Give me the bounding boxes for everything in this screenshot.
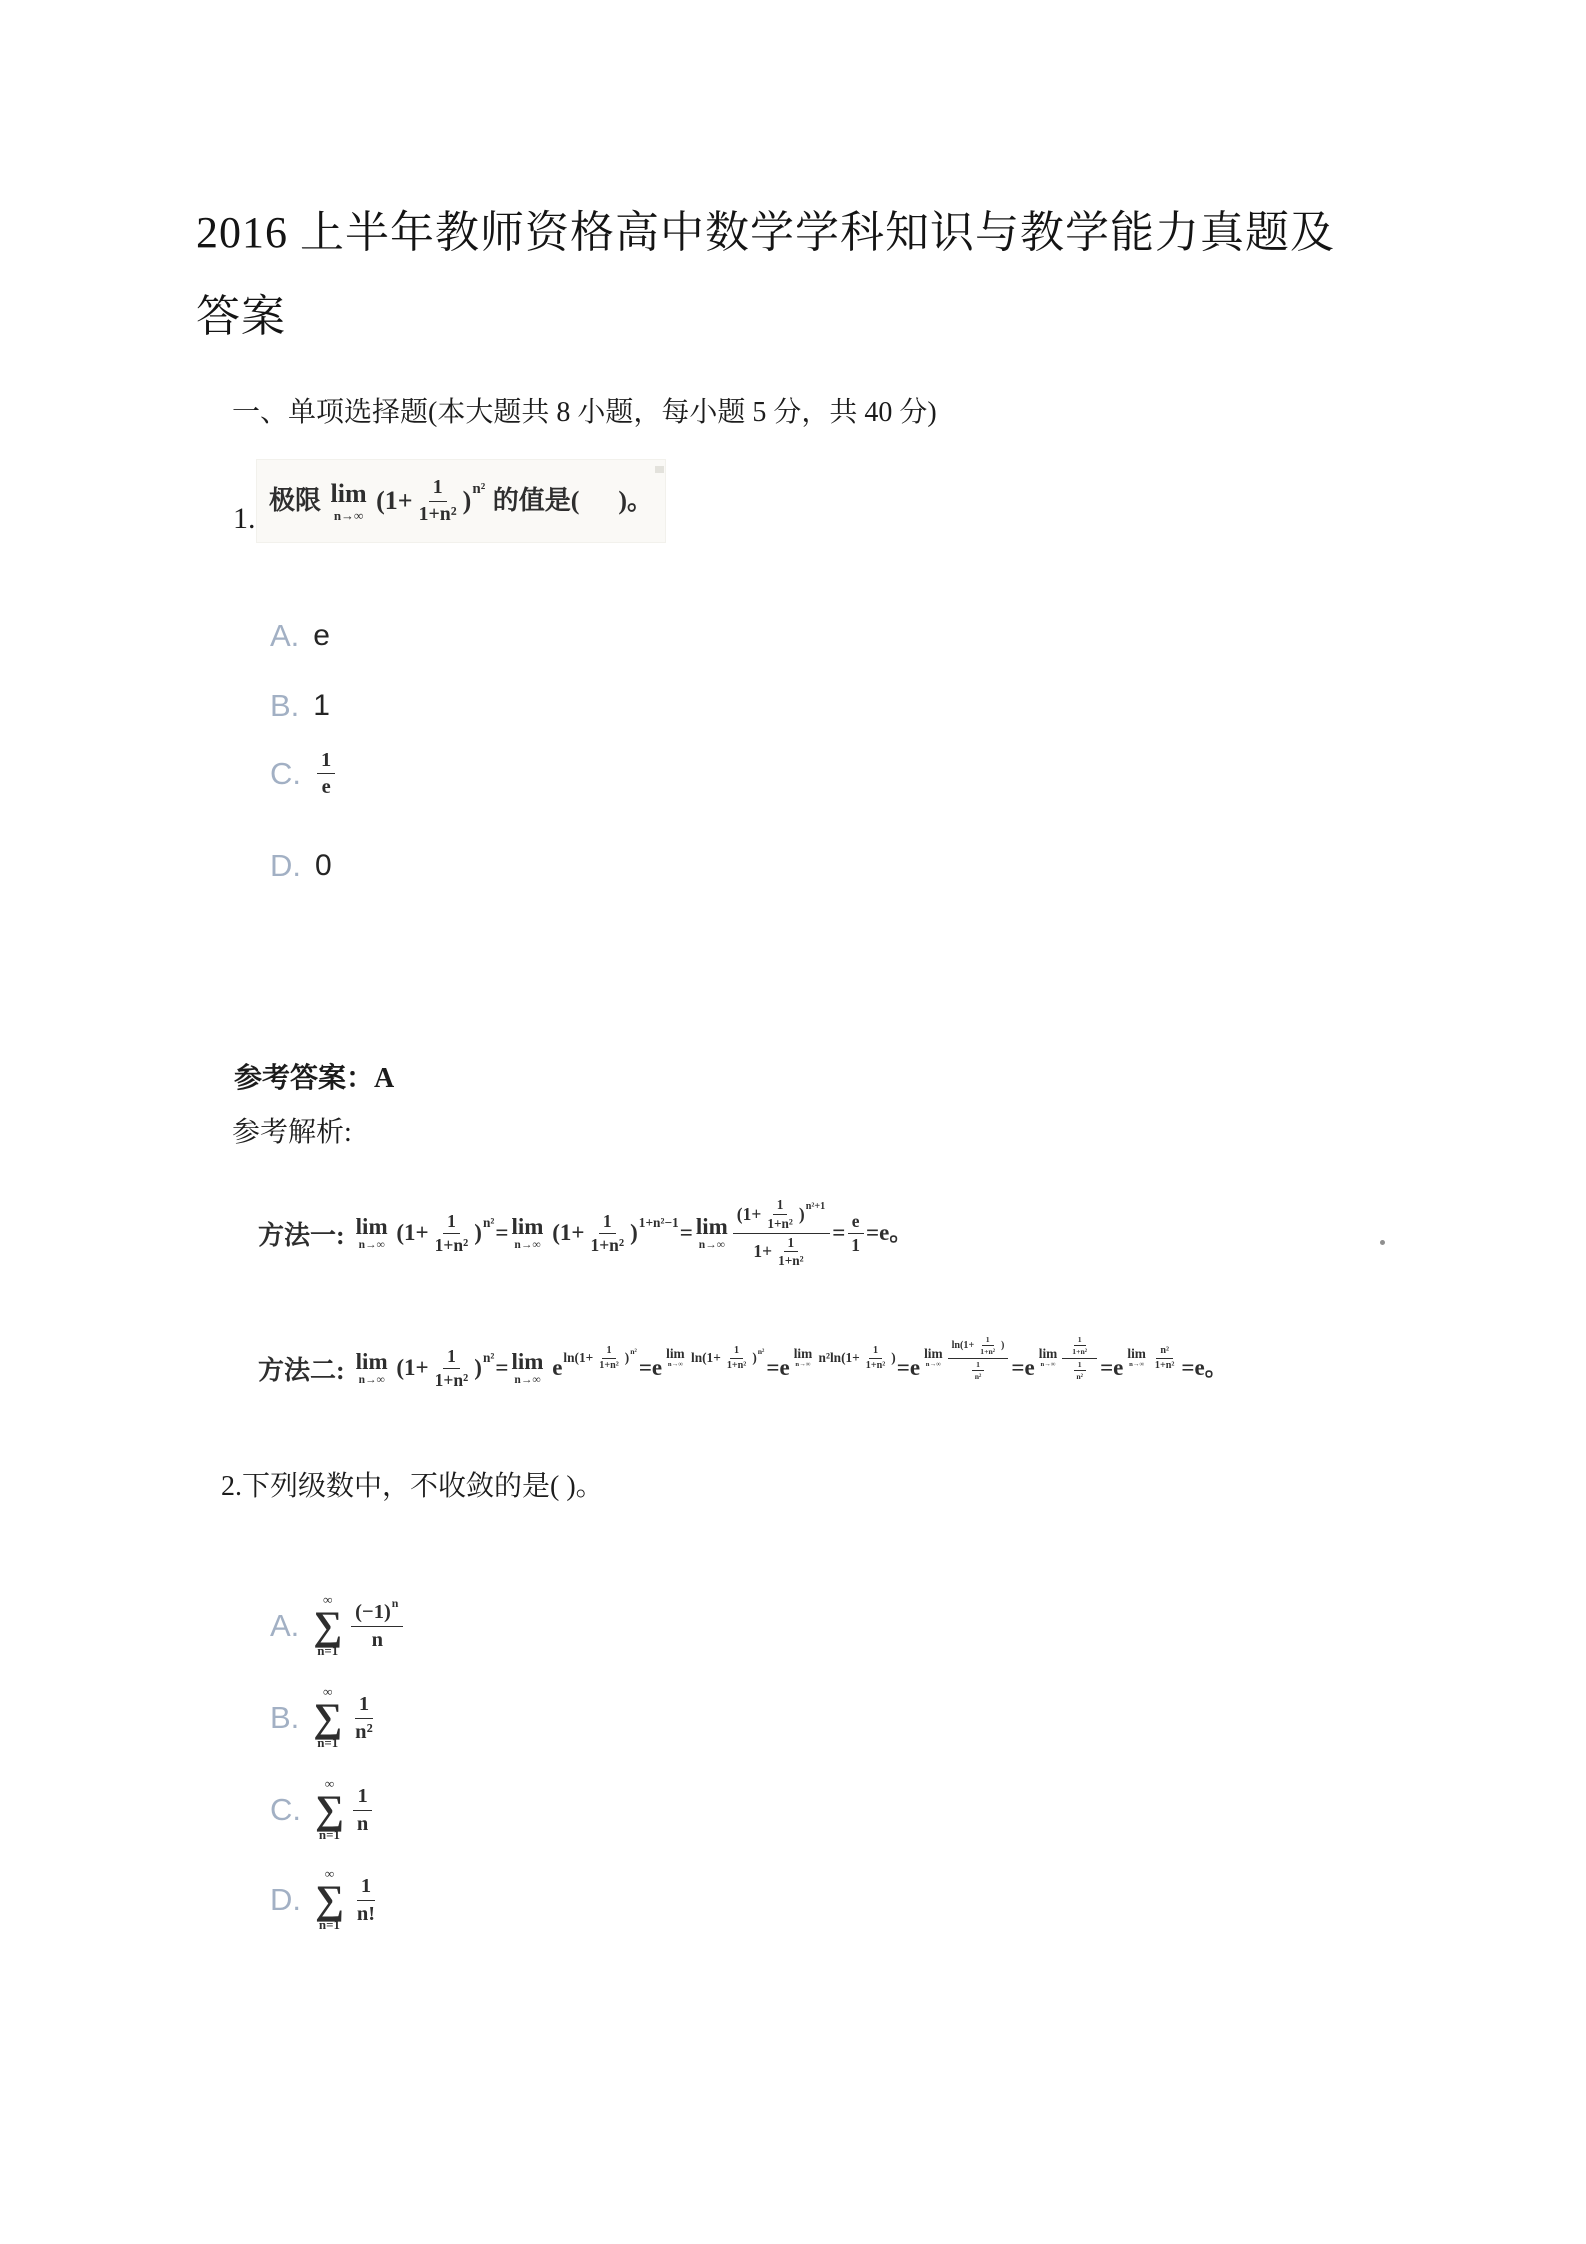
limit-subscript: n→∞ <box>514 1375 540 1387</box>
superscript: ln(1+11+n²)n² <box>563 1345 637 1372</box>
math-text: 1+n² <box>1155 1360 1175 1372</box>
math-text: 1 <box>433 476 443 499</box>
fraction-denominator: e <box>318 774 335 799</box>
fraction: 11+n² <box>431 1211 473 1255</box>
math-text: 1 <box>851 1235 860 1256</box>
fraction-numerator: 1 <box>982 1335 994 1346</box>
superscript: limn→∞ n²ln(1+11+n²) <box>791 1345 896 1372</box>
math-text: =e。 <box>1181 1355 1227 1381</box>
q2-option-c-letter: C. <box>270 1792 301 1828</box>
fraction-numerator: 1 <box>784 1235 799 1253</box>
math-text: 1 <box>447 1346 456 1367</box>
fraction: 11+n² <box>723 1345 751 1372</box>
fraction: 11+n² <box>1068 1335 1091 1356</box>
summation-lower: n=1 <box>317 1645 338 1658</box>
limit: limn→∞ <box>924 1347 943 1369</box>
limit-word: lim <box>1039 1347 1058 1360</box>
fraction-denominator: n! <box>353 1901 379 1926</box>
analysis-label: 参考解析: <box>232 1110 352 1150</box>
limit-word: lim <box>1127 1347 1146 1360</box>
q2-option-d-formula: ∞∑n=11n! <box>315 1868 381 1932</box>
math-text: 1+ <box>753 1241 772 1262</box>
method1-formula-line: 方法一: limn→∞ (1+11+n²)n²=limn→∞ (1+11+n²)… <box>258 1168 912 1298</box>
q1-option-a-value: e <box>313 619 330 653</box>
superscript: limn→∞ ln(1+11+n²)n² <box>663 1345 765 1372</box>
math-text: 1 <box>986 1335 990 1344</box>
fraction-numerator: 1 <box>353 1784 371 1810</box>
superscript: n² <box>483 1216 494 1231</box>
fraction: ln(1+11+n²)1n² <box>948 1335 1009 1380</box>
limit-subscript: n→∞ <box>1040 1362 1055 1369</box>
page-title-line1: 2016 上半年教师资格高中数学学科知识与教学能力真题及 <box>196 208 1335 259</box>
superscript: 1+n²−1 <box>639 1216 679 1231</box>
fraction-numerator: 1 <box>869 1345 882 1359</box>
limit-word: lim <box>794 1347 813 1360</box>
math-text: ) <box>630 1220 638 1246</box>
math-text: n <box>372 1628 383 1652</box>
fraction-denominator: 1+11+n² <box>749 1234 813 1269</box>
fraction-denominator: 1+n² <box>723 1359 751 1372</box>
q2-option-a-formula: ∞∑n=1(−1)nn <box>313 1594 405 1658</box>
fraction-denominator: n² <box>1072 1371 1087 1381</box>
math-text: 1 <box>976 1360 980 1369</box>
fraction: 1n² <box>971 1360 986 1381</box>
fraction-denominator: n² <box>351 1719 377 1744</box>
fraction-numerator: 1 <box>317 748 335 774</box>
fraction: 1n <box>353 1784 372 1835</box>
math-text: 1 <box>603 1211 612 1232</box>
scan-edge-artifact <box>655 466 664 473</box>
math-text: 1 <box>447 1211 456 1232</box>
math-text: 1+n² <box>590 1235 624 1256</box>
fraction-denominator: 1n² <box>965 1359 992 1381</box>
limit: limn→∞ <box>512 1215 544 1252</box>
math-text: 1+n² <box>599 1360 619 1372</box>
math-text: 1+n² <box>980 1347 995 1356</box>
summation: ∞∑n=1 <box>313 1594 342 1658</box>
superscript: limn→∞11+n²1n² <box>1036 1335 1099 1380</box>
math-text: n² <box>1076 1372 1083 1381</box>
math-text: n² <box>975 1372 982 1381</box>
math-text: n² <box>758 1348 765 1357</box>
page-title-line2: 答案 <box>196 292 286 343</box>
fraction: (−1)nn <box>351 1600 403 1651</box>
math-text: e <box>546 1355 562 1381</box>
math-text: 1 <box>788 1235 795 1251</box>
fraction: 1n² <box>1072 1360 1087 1381</box>
q1-formula-scan: 极限 limn→∞ (1+11+n²)n² 的值是( )。 <box>257 460 665 542</box>
math-text: 1 <box>734 1345 739 1357</box>
math-text: 1+n² <box>778 1253 804 1269</box>
method2-formula-line: 方法二: limn→∞ (1+11+n²)n²=limn→∞ eln(1+11+… <box>258 1318 1228 1418</box>
q2-option-d: D. ∞∑n=11n! <box>270 1862 381 1938</box>
math-text: e <box>852 1211 860 1232</box>
summation-lower: n=1 <box>319 1829 340 1842</box>
q2-option-a: A. ∞∑n=1(−1)nn <box>270 1588 405 1664</box>
math-text: = <box>832 1220 845 1246</box>
fraction-numerator: 1 <box>1074 1335 1086 1346</box>
q1-option-b-value: 1 <box>313 689 330 723</box>
limit-word: lim <box>924 1347 943 1360</box>
sigma-symbol: ∑ <box>313 1699 342 1737</box>
math-text: 1 <box>359 1692 369 1716</box>
q1-option-a-letter: A. <box>270 618 299 654</box>
math-text: (1+ <box>391 1355 429 1381</box>
limit: limn→∞ <box>331 481 367 522</box>
math-text: n <box>392 1596 399 1610</box>
fraction-numerator: 1 <box>443 1211 460 1234</box>
math-text: 极限 <box>269 486 328 515</box>
q1-option-b-letter: B. <box>270 688 299 724</box>
method1-label: 方法一: <box>258 1215 345 1252</box>
fraction-numerator: e <box>848 1211 864 1234</box>
fraction: n²1+n² <box>1151 1345 1179 1372</box>
limit-subscript: n→∞ <box>334 509 364 522</box>
superscript: n² <box>472 481 485 498</box>
limit-subscript: n→∞ <box>926 1362 941 1369</box>
math-text: 1 <box>321 748 331 772</box>
limit-word: lim <box>512 1350 544 1373</box>
math-text: (−1) <box>355 1600 391 1624</box>
limit: limn→∞ <box>356 1215 388 1252</box>
limit-subscript: n→∞ <box>514 1240 540 1252</box>
fraction-numerator: 1 <box>357 1874 375 1900</box>
superscript: limn→∞n²1+n² <box>1124 1345 1180 1372</box>
limit-word: lim <box>512 1215 544 1238</box>
superscript: n² <box>758 1348 765 1357</box>
fraction: 11+n² <box>586 1211 628 1255</box>
math-text: n² <box>630 1348 637 1357</box>
limit-subscript: n→∞ <box>668 1362 683 1369</box>
limit: limn→∞ <box>1127 1347 1146 1369</box>
fraction-denominator: 1+n² <box>431 1369 473 1391</box>
limit-word: lim <box>666 1347 685 1360</box>
math-text: n² <box>355 1720 373 1744</box>
math-text: n! <box>357 1902 375 1926</box>
method2-formula: limn→∞ (1+11+n²)n²=limn→∞ eln(1+11+n²)n²… <box>353 1345 1228 1390</box>
fraction-denominator: 1+n² <box>415 502 461 526</box>
q2-option-c: C. ∞∑n=11n <box>270 1772 374 1848</box>
fraction: (1+11+n²)n²+11+11+n² <box>733 1197 830 1269</box>
section-heading: 一、单项选择题(本大题共 8 小题，每小题 5 分，共 40 分) <box>232 390 937 430</box>
fraction-numerator: (1+11+n²)n²+1 <box>733 1197 830 1233</box>
limit: limn→∞ <box>696 1215 728 1252</box>
q1-number: 1. <box>233 502 256 536</box>
math-text: =e <box>766 1355 789 1381</box>
fraction-numerator: 11+n² <box>1062 1335 1097 1358</box>
q2-option-a-letter: A. <box>270 1608 299 1644</box>
fraction-numerator: ln(1+11+n²) <box>948 1335 1009 1358</box>
limit: limn→∞ <box>794 1347 813 1369</box>
q1-option-c: C. 1e <box>270 748 337 799</box>
math-text: =e <box>1011 1355 1034 1381</box>
math-text: ) <box>1001 1340 1004 1352</box>
math-text: = <box>495 1355 508 1381</box>
fraction: 11+n² <box>431 1346 473 1390</box>
math-text: ln(1+ <box>952 1340 975 1352</box>
math-text: = <box>495 1220 508 1246</box>
math-text: ln(1+ <box>563 1351 593 1366</box>
fraction: 11+n² <box>862 1345 890 1372</box>
scan-dot-artifact <box>1380 1240 1385 1245</box>
math-text: 1 <box>873 1345 878 1357</box>
answer-line: 参考答案：A <box>234 1056 394 1096</box>
fraction: e1 <box>847 1211 864 1255</box>
math-text: ) <box>752 1351 756 1366</box>
math-text: 1+n² <box>435 1370 469 1391</box>
sigma-symbol: ∑ <box>313 1607 342 1645</box>
fraction-numerator: 1 <box>602 1345 615 1359</box>
math-text: =e <box>1100 1355 1123 1381</box>
fraction-numerator: n² <box>1156 1345 1173 1359</box>
fraction-numerator: 1 <box>730 1345 743 1359</box>
math-text: (1+ <box>737 1204 762 1225</box>
math-text: (1+ <box>546 1220 584 1246</box>
limit-word: lim <box>356 1350 388 1373</box>
q1-option-d-letter: D. <box>270 848 301 884</box>
fraction: 11+n² <box>774 1235 808 1269</box>
fraction-denominator: 1+n² <box>763 1215 797 1232</box>
superscript: limn→∞ln(1+11+n²)1n² <box>921 1335 1010 1380</box>
q1-option-a: A. e <box>270 618 330 654</box>
fraction: 11+n² <box>763 1197 797 1231</box>
math-text: 1 <box>357 1784 367 1808</box>
summation: ∞∑n=1 <box>313 1686 342 1750</box>
sigma-symbol: ∑ <box>315 1791 344 1829</box>
math-text: n² <box>472 481 485 498</box>
fraction-numerator: 1 <box>972 1360 984 1371</box>
math-text: ) <box>891 1351 895 1366</box>
fraction-denominator: 1n² <box>1066 1359 1093 1381</box>
math-text: n² <box>1160 1345 1169 1357</box>
limit-word: lim <box>356 1215 388 1238</box>
fraction-denominator: n² <box>971 1371 986 1381</box>
superscript: n <box>392 1596 399 1610</box>
q1-option-c-letter: C. <box>270 756 301 792</box>
limit-word: lim <box>331 481 367 507</box>
math-text: n² <box>483 1351 494 1366</box>
limit-word: lim <box>696 1215 728 1238</box>
method1-formula: limn→∞ (1+11+n²)n²=limn→∞ (1+11+n²)1+n²−… <box>353 1197 913 1269</box>
fraction-denominator: 1+n² <box>774 1252 808 1269</box>
q2-option-c-formula: ∞∑n=11n <box>315 1778 374 1842</box>
limit: limn→∞ <box>666 1347 685 1369</box>
fraction-denominator: 1+n² <box>1151 1359 1179 1372</box>
fraction-denominator: 1+n² <box>595 1359 623 1372</box>
q1-option-b: B. 1 <box>270 688 330 724</box>
answer-label: 参考答案： <box>234 1063 374 1094</box>
math-text: ) <box>463 486 472 515</box>
math-text: 1+n²−1 <box>639 1216 679 1231</box>
limit: limn→∞ <box>1039 1347 1058 1369</box>
q2-option-b: B. ∞∑n=11n² <box>270 1680 379 1756</box>
sigma-symbol: ∑ <box>315 1881 344 1919</box>
math-text: 1+n² <box>866 1360 886 1372</box>
math-text: 1+n² <box>727 1360 747 1372</box>
q1-stem-formula: 极限 limn→∞ (1+11+n²)n² 的值是( )。 <box>269 476 653 526</box>
superscript: n² <box>630 1348 637 1357</box>
math-text: =e <box>897 1355 920 1381</box>
math-text: 1 <box>1078 1360 1082 1369</box>
fraction-numerator: 1 <box>443 1346 460 1369</box>
q2-text: 2.下列级数中，不收敛的是( )。 <box>221 1464 604 1504</box>
math-text: (1+ <box>391 1220 429 1246</box>
summation-lower: n=1 <box>319 1919 340 1932</box>
q2-option-d-letter: D. <box>270 1882 301 1918</box>
q2-option-b-formula: ∞∑n=11n² <box>313 1686 378 1750</box>
math-text: 1+n² <box>1072 1347 1087 1356</box>
fraction-denominator: 1+n² <box>1068 1346 1091 1356</box>
fraction-denominator: 1+n² <box>862 1359 890 1372</box>
fraction-denominator: n <box>368 1627 387 1652</box>
math-text: 1 <box>777 1197 784 1213</box>
limit: limn→∞ <box>356 1350 388 1387</box>
fraction-numerator: 1 <box>355 1692 373 1718</box>
limit-subscript: n→∞ <box>359 1375 385 1387</box>
math-text: ) <box>474 1355 482 1381</box>
limit-subscript: n→∞ <box>1129 1362 1144 1369</box>
summation-lower: n=1 <box>317 1737 338 1750</box>
fraction: 11+n² <box>595 1345 623 1372</box>
math-text: 的值是( )。 <box>486 486 653 515</box>
math-text: ) <box>474 1220 482 1246</box>
exam-document-page: 2016 上半年教师资格高中数学学科知识与教学能力真题及 答案 一、单项选择题(… <box>0 0 1586 2244</box>
limit-subscript: n→∞ <box>359 1240 385 1252</box>
fraction-denominator: 1+n² <box>431 1234 473 1256</box>
fraction: 1e <box>317 748 335 799</box>
superscript: n² <box>483 1351 494 1366</box>
fraction-numerator: 1 <box>1074 1360 1086 1371</box>
q1-option-d-value: 0 <box>315 849 332 883</box>
q1-option-d: D. 0 <box>270 848 332 884</box>
math-text: ) <box>799 1204 805 1225</box>
limit-subscript: n→∞ <box>699 1240 725 1252</box>
math-text: =e。 <box>866 1220 912 1246</box>
limit-subscript: n→∞ <box>795 1362 810 1369</box>
superscript: n²+1 <box>806 1201 826 1213</box>
math-text: n² <box>483 1216 494 1231</box>
math-text: n²ln(1+ <box>815 1351 860 1366</box>
math-text: n²+1 <box>806 1201 826 1213</box>
math-text: = <box>680 1220 693 1246</box>
limit: limn→∞ <box>512 1350 544 1387</box>
math-text: 1 <box>1078 1335 1082 1344</box>
summation: ∞∑n=1 <box>315 1868 344 1932</box>
fraction: 1n² <box>351 1692 377 1743</box>
fraction-denominator: n <box>353 1811 372 1836</box>
summation: ∞∑n=1 <box>315 1778 344 1842</box>
fraction-numerator: 1 <box>773 1197 788 1215</box>
fraction-numerator: 1 <box>599 1211 616 1234</box>
fraction: 11+n² <box>415 476 461 526</box>
q1-option-c-value: 1e <box>315 748 337 799</box>
math-text: 1 <box>606 1345 611 1357</box>
fraction-denominator: 1 <box>847 1234 864 1256</box>
method2-label: 方法二: <box>258 1350 345 1387</box>
math-text: n <box>357 1812 368 1836</box>
math-text: 1+n² <box>767 1216 793 1232</box>
fraction: 1n! <box>353 1874 379 1925</box>
fraction-numerator: (−1)n <box>351 1600 403 1626</box>
fraction: 11+n²1n² <box>1062 1335 1097 1380</box>
math-text: 1+n² <box>419 503 457 526</box>
fraction: 11+n² <box>976 1335 999 1356</box>
answer-value: A <box>374 1063 394 1094</box>
math-text: ln(1+ <box>688 1351 721 1366</box>
math-text: (1+ <box>370 486 413 515</box>
math-text: 1+n² <box>435 1235 469 1256</box>
fraction-numerator: 1 <box>429 476 447 501</box>
fraction-denominator: 1+n² <box>586 1234 628 1256</box>
math-text: 1 <box>361 1874 371 1898</box>
math-text: =e <box>639 1355 662 1381</box>
math-text: ) <box>625 1351 629 1366</box>
math-text: e <box>322 775 331 799</box>
fraction-denominator: 1+n² <box>976 1346 999 1356</box>
q2-option-b-letter: B. <box>270 1700 299 1736</box>
